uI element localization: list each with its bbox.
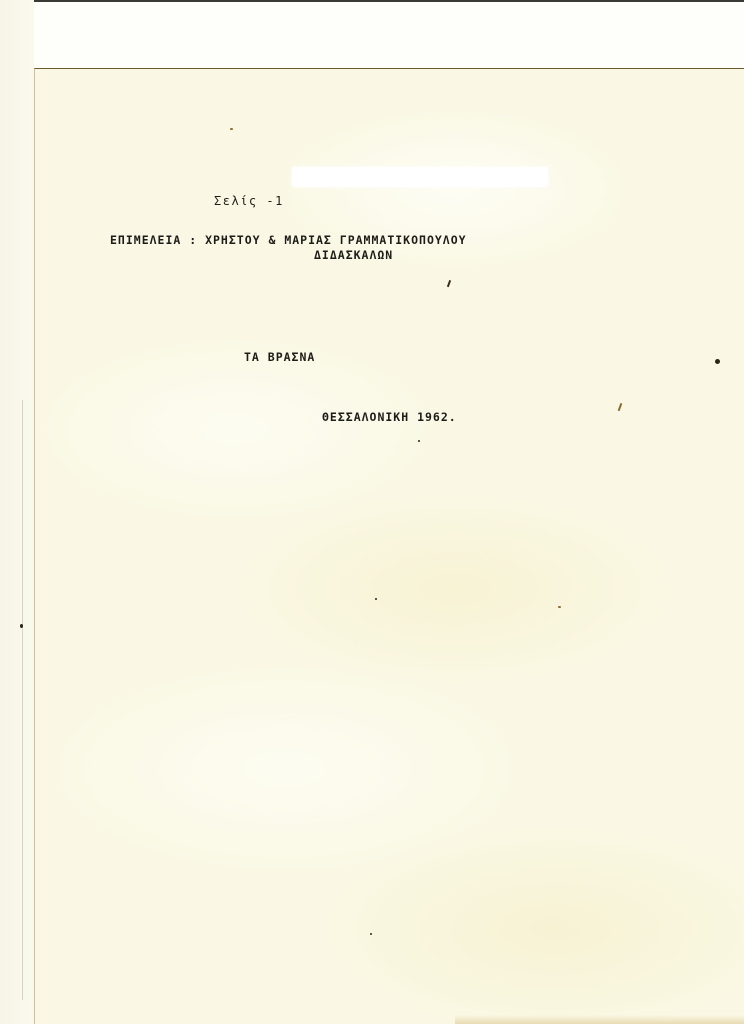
ink-dot: [715, 359, 720, 364]
paper-fold-line: [22, 400, 23, 1000]
speck: [370, 933, 372, 935]
scanner-top-edge: [0, 0, 744, 2]
speck: [418, 440, 420, 442]
paper-stain: [455, 1015, 744, 1024]
scanner-margin: [0, 2, 744, 68]
speck: [230, 128, 233, 130]
document-page: [34, 68, 744, 1024]
scanner-left-margin: [0, 0, 34, 1024]
redaction-patch: [292, 167, 548, 187]
speck: [375, 598, 377, 600]
editor-credit: ΕΠΙΜΕΛΕΙΑ : ΧΡΗΣΤΟΥ & ΜΑΡΙΑΣ ΓΡΑΜΜΑΤΙΚΟΠ…: [110, 233, 467, 247]
page-label: Σελίς -1: [214, 194, 284, 208]
document-title: ΤΑ ΒΡΑΣΝΑ: [244, 350, 315, 364]
editor-role: ΔΙΔΑΣΚΑΛΩΝ: [314, 248, 393, 262]
place-and-date: ΘΕΣΣΑΛΟΝΙΚΗ 1962.: [322, 410, 457, 424]
speck: [20, 624, 23, 628]
speck: [558, 606, 561, 608]
